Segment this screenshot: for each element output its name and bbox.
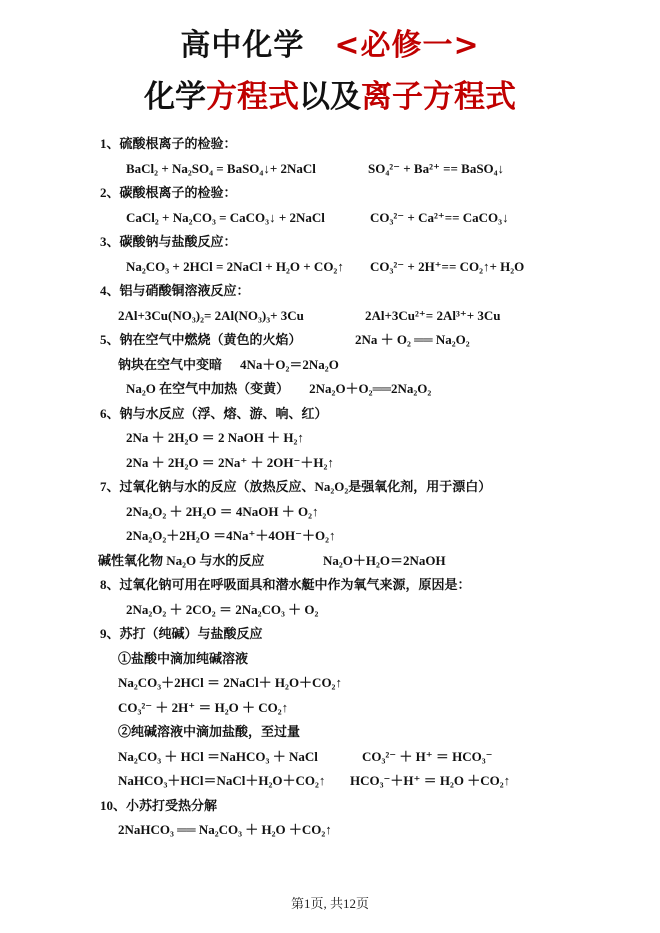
equation-row: Na₂CO₃ + 2HCl = 2NaCl + H₂O + CO₂↑CO₃²⁻ … [100,255,560,280]
equation: Na₂CO₃ ＋ HCl ＝NaHCO₃ ＋ NaCl [118,749,318,764]
equation-list: 1、硫酸根离子的检验： BaCl₂ + Na₂SO₄ = BaSO₄↓+ 2Na… [100,132,560,843]
equation: CaCl₂ + Na₂CO₃ = CaCO₃↓ + 2NaCl [126,210,325,225]
equation: 2Na ＋ O₂ ══ Na₂O₂ [355,328,470,353]
ionic-equation: SO₄²⁻ + Ba²⁺ == BaSO₄↓ [368,157,504,182]
equation-row: Na₂O 在空气中加热（变黄）2Na₂O＋O₂══2Na₂O₂ [100,377,560,402]
equation-row: CaCl₂ + Na₂CO₃ = CaCO₃↓ + 2NaClCO₃²⁻ + C… [100,206,560,231]
title-part: 化学 [144,79,206,115]
equation: 2Na₂O＋O₂══2Na₂O₂ [309,381,431,396]
section-heading: 10、小苏打受热分解 [100,794,560,819]
equation-row: 钠块在空气中变暗4Na＋O₂＝2Na₂O [100,353,560,378]
section-heading: 4、铝与硝酸铜溶液反应： [100,279,560,304]
equation: NaHCO₃＋HCl＝NaCl＋H₂O＋CO₂↑ [118,773,325,788]
section-heading: 8、过氧化钠可用在呼吸面具和潜水艇中作为氧气来源，原因是： [100,573,560,598]
section-heading: 7、过氧化钠与水的反应（放热反应、Na₂O₂是强氧化剂，用于漂白） [100,475,560,500]
title-part: 方程式 [206,79,299,115]
title-part: 离子方程式 [361,79,516,115]
reaction-label: 碱性氧化物 Na₂O 与水的反应 [98,553,264,568]
ionic-equation: CO₃²⁻ ＋ 2H⁺ ＝ H₂O ＋ CO₂↑ [100,696,560,721]
reaction-label: 钠块在空气中变暗 [118,357,222,372]
section-heading: 3、碳酸钠与盐酸反应： [100,230,560,255]
equation: 4Na＋O₂＝2Na₂O [240,357,339,372]
page-indicator: 第1页, 共12页 [0,893,660,912]
title-part: 以及 [299,79,361,115]
ionic-equation: 2Al+3Cu²⁺= 2Al³⁺+ 3Cu [365,304,500,329]
equation: 2Na₂O₂ ＋ 2H₂O ＝ 4NaOH ＋ O₂↑ [100,500,560,525]
equation-row: 5、钠在空气中燃烧（黄色的火焰）2Na ＋ O₂ ══ Na₂O₂ [100,328,560,353]
reaction-label: ②纯碱溶液中滴加盐酸，至过量 [100,720,560,745]
reaction-label: Na₂O 在空气中加热（变黄） [126,381,289,396]
equation: Na₂CO₃＋2HCl ＝ 2NaCl＋ H₂O＋CO₂↑ [100,671,560,696]
reaction-label: ①盐酸中滴加纯碱溶液 [100,647,560,672]
section-heading: 9、苏打（纯碱）与盐酸反应 [100,622,560,647]
equation: Na₂O＋H₂O＝2NaOH [323,549,446,574]
equation: 2Na ＋ 2H₂O ＝ 2 NaOH ＋ H₂↑ [100,426,560,451]
equation-row: NaHCO₃＋HCl＝NaCl＋H₂O＋CO₂↑HCO₃⁻＋H⁺ ＝ H₂O ＋… [100,769,560,794]
title-line-2: 化学方程式以及离子方程式 [0,76,660,118]
ionic-equation: HCO₃⁻＋H⁺ ＝ H₂O ＋CO₂↑ [350,769,510,794]
ionic-equation: CO₃²⁻ + Ca²⁺== CaCO₃↓ [370,206,509,231]
section-heading: 1、硫酸根离子的检验： [100,132,560,157]
equation-row: BaCl₂ + Na₂SO₄ = BaSO₄↓+ 2NaClSO₄²⁻ + Ba… [100,157,560,182]
section-heading: 5、钠在空气中燃烧（黄色的火焰） [100,332,302,347]
title-line-1: 高中化学<必修一> [0,26,660,66]
equation: BaCl₂ + Na₂SO₄ = BaSO₄↓+ 2NaCl [126,161,316,176]
ionic-equation: 2Na ＋ 2H₂O ＝ 2Na⁺ ＋ 2OH⁻＋H₂↑ [100,451,560,476]
equation-row: 碱性氧化物 Na₂O 与水的反应Na₂O＋H₂O＝2NaOH [98,549,560,574]
ionic-equation: CO₃²⁻ ＋ H⁺ ＝ HCO₃⁻ [362,745,493,770]
ionic-equation: CO₃²⁻ + 2H⁺== CO₂↑+ H₂O [370,255,524,280]
equation: Na₂CO₃ + 2HCl = 2NaCl + H₂O + CO₂↑ [126,259,344,274]
section-heading: 6、钠与水反应（浮、熔、游、响、红） [100,402,560,427]
title-volume: <必修一> [334,28,479,63]
equation-row: 2Al+3Cu(NO₃)₂= 2Al(NO₃)₃+ 3Cu2Al+3Cu²⁺= … [100,304,560,329]
section-heading: 2、碳酸根离子的检验： [100,181,560,206]
equation: 2NaHCO₃ ══ Na₂CO₃ ＋ H₂O ＋CO₂↑ [100,818,560,843]
title-subject: 高中化学 [180,28,304,63]
ionic-equation: 2Na₂O₂＋2H₂O ＝4Na⁺＋4OH⁻＋O₂↑ [100,524,560,549]
equation: 2Na₂O₂ ＋ 2CO₂ ＝ 2Na₂CO₃ ＋ O₂ [100,598,560,623]
equation: 2Al+3Cu(NO₃)₂= 2Al(NO₃)₃+ 3Cu [118,308,304,323]
equation-row: Na₂CO₃ ＋ HCl ＝NaHCO₃ ＋ NaClCO₃²⁻ ＋ H⁺ ＝ … [100,745,560,770]
